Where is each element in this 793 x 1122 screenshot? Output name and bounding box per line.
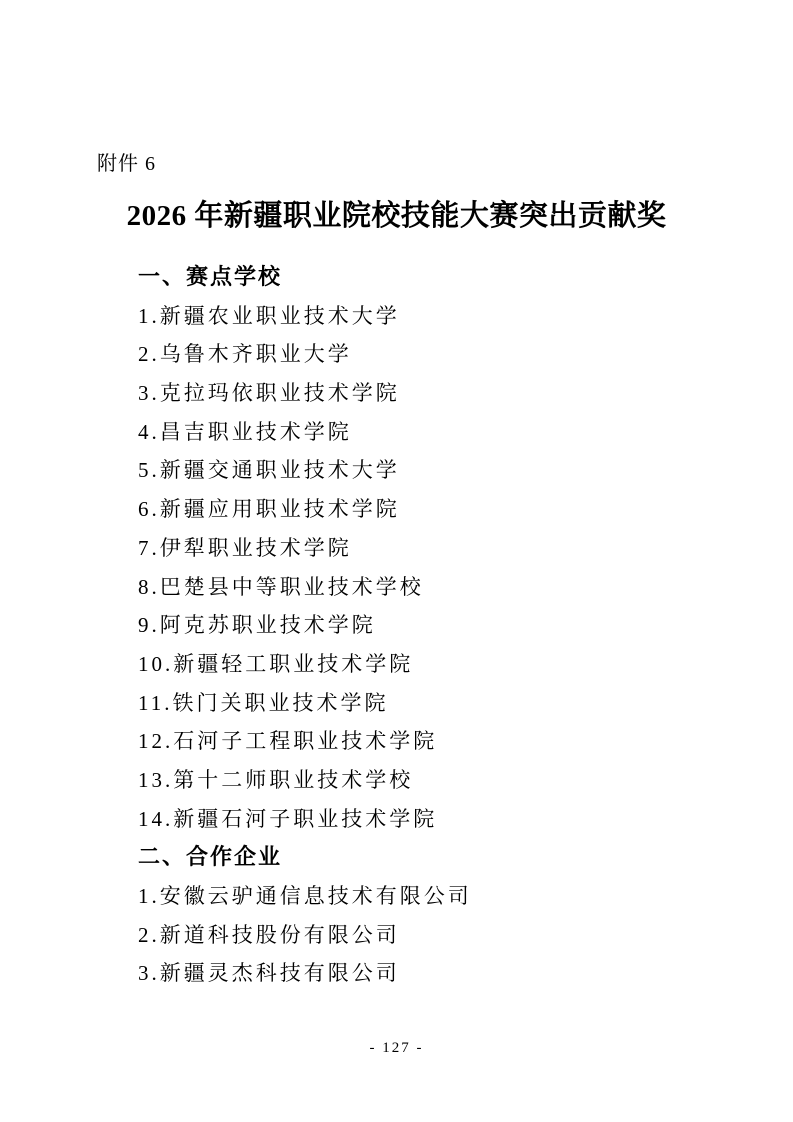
list-item: 7.伊犁职业技术学院 bbox=[138, 529, 472, 568]
page-number: - 127 - bbox=[0, 1040, 793, 1057]
section-heading-venue-schools: 一、赛点学校 bbox=[138, 258, 472, 297]
list-item: 6.新疆应用职业技术学院 bbox=[138, 490, 472, 529]
list-item: 8.巴楚县中等职业技术学校 bbox=[138, 568, 472, 607]
list-item: 2.乌鲁木齐职业大学 bbox=[138, 335, 472, 374]
list-item: 2.新道科技股份有限公司 bbox=[138, 916, 472, 955]
list-item: 3.新疆灵杰科技有限公司 bbox=[138, 954, 472, 993]
list-item: 9.阿克苏职业技术学院 bbox=[138, 606, 472, 645]
document-page: 附件 6 2026 年新疆职业院校技能大赛突出贡献奖 一、赛点学校 1.新疆农业… bbox=[0, 0, 793, 1122]
list-item: 4.昌吉职业技术学院 bbox=[138, 413, 472, 452]
attachment-label: 附件 6 bbox=[97, 147, 156, 176]
document-body: 一、赛点学校 1.新疆农业职业技术大学 2.乌鲁木齐职业大学 3.克拉玛依职业技… bbox=[138, 258, 472, 993]
list-item: 10.新疆轻工职业技术学院 bbox=[138, 645, 472, 684]
section-heading-partner-companies: 二、合作企业 bbox=[138, 838, 472, 877]
list-item: 3.克拉玛依职业技术学院 bbox=[138, 374, 472, 413]
list-item: 11.铁门关职业技术学院 bbox=[138, 684, 472, 723]
list-item: 5.新疆交通职业技术大学 bbox=[138, 451, 472, 490]
list-item: 14.新疆石河子职业技术学院 bbox=[138, 800, 472, 839]
list-item: 1.安徽云驴通信息技术有限公司 bbox=[138, 877, 472, 916]
list-item: 13.第十二师职业技术学校 bbox=[138, 761, 472, 800]
list-item: 12.石河子工程职业技术学院 bbox=[138, 722, 472, 761]
list-item: 1.新疆农业职业技术大学 bbox=[138, 297, 472, 336]
document-title: 2026 年新疆职业院校技能大赛突出贡献奖 bbox=[0, 194, 793, 238]
